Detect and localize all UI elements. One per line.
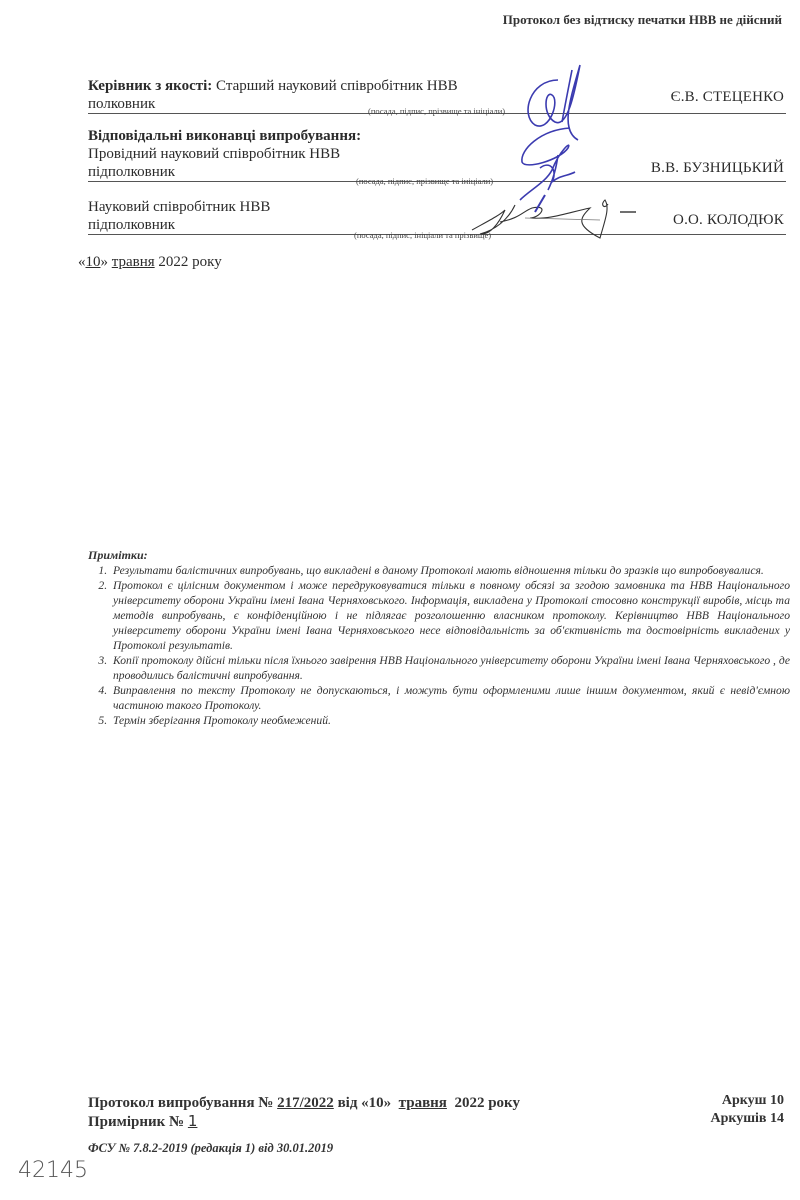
copy-number: 1: [188, 1112, 198, 1130]
notes-title: Примітки:: [88, 548, 790, 563]
notes-section: Примітки: Результати балістичних випробу…: [88, 548, 790, 728]
date-year: 2022 року: [158, 254, 221, 270]
quality-head-label: Керівник з якості:: [88, 78, 212, 94]
signature-buznytskyi-icon: [500, 120, 620, 200]
protocol-date: «10» травня 2022 року: [78, 254, 222, 271]
protocol-number: 217/2022: [277, 1095, 334, 1111]
protocol-month: травня: [399, 1095, 447, 1111]
footer-copy-line: Примірник № 1: [88, 1112, 520, 1131]
signature-caption: (посада, підпис, прізвище та ініціали): [356, 176, 493, 186]
note-item: Результати балістичних випробувань, що в…: [110, 563, 790, 578]
executor1-name: В.В. БУЗНИЦЬКИЙ: [651, 160, 784, 177]
footer-sheet-info: Аркуш 10 Аркушів 14: [710, 1092, 784, 1128]
note-item: Протокол є цілісним документом і може пе…: [110, 578, 790, 653]
quality-head-rank: полковник: [88, 96, 155, 113]
signature-kolodiuk-icon: [460, 190, 660, 250]
note-item: Виправлення по тексту Протоколу не допус…: [110, 683, 790, 713]
note-item: Копії протоколу дійсні тільки після їхнь…: [110, 653, 790, 683]
document-id: 42145: [18, 1158, 88, 1183]
note-item: Термін зберігання Протоколу необмежений.: [110, 713, 790, 728]
footer-protocol-line: Протокол випробування № 217/2022 від «10…: [88, 1094, 520, 1112]
stamp-validity-note: Протокол без відтиску печатки НВВ не дій…: [503, 12, 782, 28]
date-day: 10: [86, 254, 101, 270]
quality-head-name: Є.В. СТЕЦЕНКО: [671, 89, 784, 106]
footer-protocol-info: Протокол випробування № 217/2022 від «10…: [88, 1094, 520, 1131]
quality-head-block: Керівник з якості: Старший науковий спів…: [88, 78, 458, 95]
date-quote-close: »: [101, 254, 109, 270]
executor1-position: Провідний науковий співробітник НВВ: [88, 146, 340, 163]
sheet-number: Аркуш 10: [710, 1092, 784, 1110]
fsu-reference: ФСУ № 7.8.2-2019 (редакція 1) від 30.01.…: [88, 1141, 333, 1156]
signature-caption: (посада, підпис, прізвище та ініціали): [368, 106, 505, 116]
date-month: травня: [112, 254, 155, 270]
sheets-total: Аркушів 14: [710, 1110, 784, 1128]
executor2-position: Науковий співробітник НВВ: [88, 199, 270, 216]
copy-label: Примірник №: [88, 1114, 184, 1130]
protocol-from: від «10»: [338, 1095, 392, 1111]
executor2-name: О.О. КОЛОДЮК: [673, 212, 784, 229]
protocol-year: 2022 року: [454, 1095, 520, 1111]
notes-list: Результати балістичних випробувань, що в…: [88, 563, 790, 728]
executor1-rank: підполковник: [88, 164, 175, 181]
quality-head-position: Старший науковий співробітник НВВ: [216, 78, 458, 94]
protocol-prefix: Протокол випробування №: [88, 1095, 273, 1111]
date-quote-open: «: [78, 254, 86, 270]
executor2-rank: підполковник: [88, 217, 175, 234]
responsible-executors-heading: Відповідальні виконавці випробування:: [88, 128, 361, 145]
